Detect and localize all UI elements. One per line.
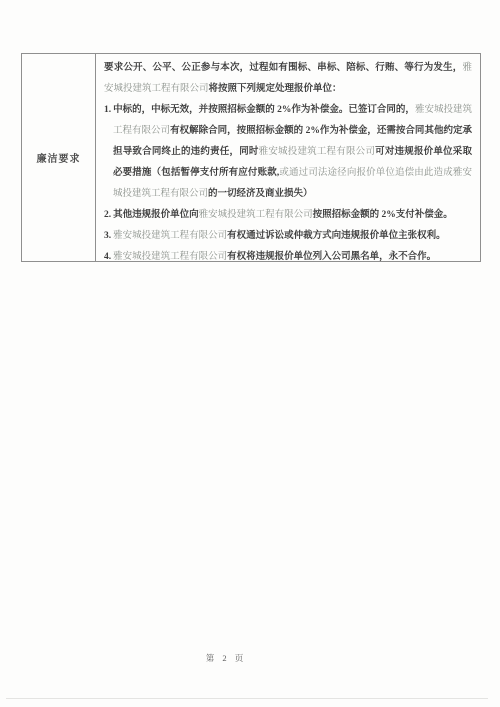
list-item-2: 2.其他违规报价单位向雅安城投建筑工程有限公司按照招标金额的 2%支付补偿金。	[104, 205, 472, 226]
page-edge-shadow	[6, 698, 488, 699]
text-run: 有权将违规报价单位列入公司黑名单，永不合作。	[227, 252, 436, 261]
row-header-cell: 廉洁要求	[22, 54, 96, 261]
text-run: 雅安城投建筑工程有限公司	[259, 147, 376, 157]
intro-paragraph: 要求公开、公平、公正参与本次，过程如有围标、串标、陪标、行贿、等行为发生，雅安城…	[104, 58, 472, 100]
item-number: 2.	[104, 210, 111, 220]
text-run: 雅安城投建筑工程有限公司	[113, 252, 227, 261]
text-run: 中标的，中标无效，并按照招标金额的 2%作为补偿金。已签订合同的，	[113, 105, 415, 115]
text-run: 按照招标金额的 2%支付补偿金。	[313, 210, 453, 220]
text-run: 其他违规报价单位向	[113, 210, 199, 220]
text-run: 雅安城投建筑工程有限公司	[199, 210, 313, 220]
page-number: 第 2 页	[0, 652, 452, 664]
list-item-1: 1.中标的，中标无效，并按照招标金额的 2%作为补偿金。已签订合同的，雅安城投建…	[104, 100, 472, 205]
text-run: 雅安城投建筑工程有限公司	[113, 231, 227, 241]
item-number: 1.	[104, 105, 111, 115]
item-number: 3.	[104, 231, 111, 241]
list-item-3: 3.雅安城投建筑工程有限公司有权通过诉讼或仲裁方式向违规报价单位主张权利。	[104, 226, 472, 247]
row-label: 廉洁要求	[37, 150, 81, 165]
text-run: 将按照下列规定处理报价单位：	[209, 84, 342, 94]
content-cell: 要求公开、公平、公正参与本次，过程如有围标、串标、陪标、行贿、等行为发生，雅安城…	[96, 54, 480, 261]
list-item-4: 4.雅安城投建筑工程有限公司有权将违规报价单位列入公司黑名单，永不合作。	[104, 247, 472, 261]
item-text: 中标的，中标无效，并按照招标金额的 2%作为补偿金。已签订合同的，雅安城投建筑工…	[113, 105, 472, 199]
item-text: 雅安城投建筑工程有限公司有权通过诉讼或仲裁方式向违规报价单位主张权利。	[113, 231, 446, 241]
item-text: 其他违规报价单位向雅安城投建筑工程有限公司按照招标金额的 2%支付补偿金。	[113, 210, 453, 220]
document-page: 廉洁要求 要求公开、公平、公正参与本次，过程如有围标、串标、陪标、行贿、等行为发…	[0, 0, 500, 707]
item-number: 4.	[104, 252, 111, 261]
requirements-table: 廉洁要求 要求公开、公平、公正参与本次，过程如有围标、串标、陪标、行贿、等行为发…	[21, 53, 481, 262]
text-run: 要求公开、公平、公正参与本次，过程如有围标、串标、陪标、行贿、等行为发生，	[104, 63, 462, 73]
text-run: 有权通过诉讼或仲裁方式向违规报价单位主张权利。	[227, 231, 446, 241]
text-run: 的一切经济及商业损失）	[208, 189, 313, 199]
item-text: 雅安城投建筑工程有限公司有权将违规报价单位列入公司黑名单，永不合作。	[113, 252, 436, 261]
